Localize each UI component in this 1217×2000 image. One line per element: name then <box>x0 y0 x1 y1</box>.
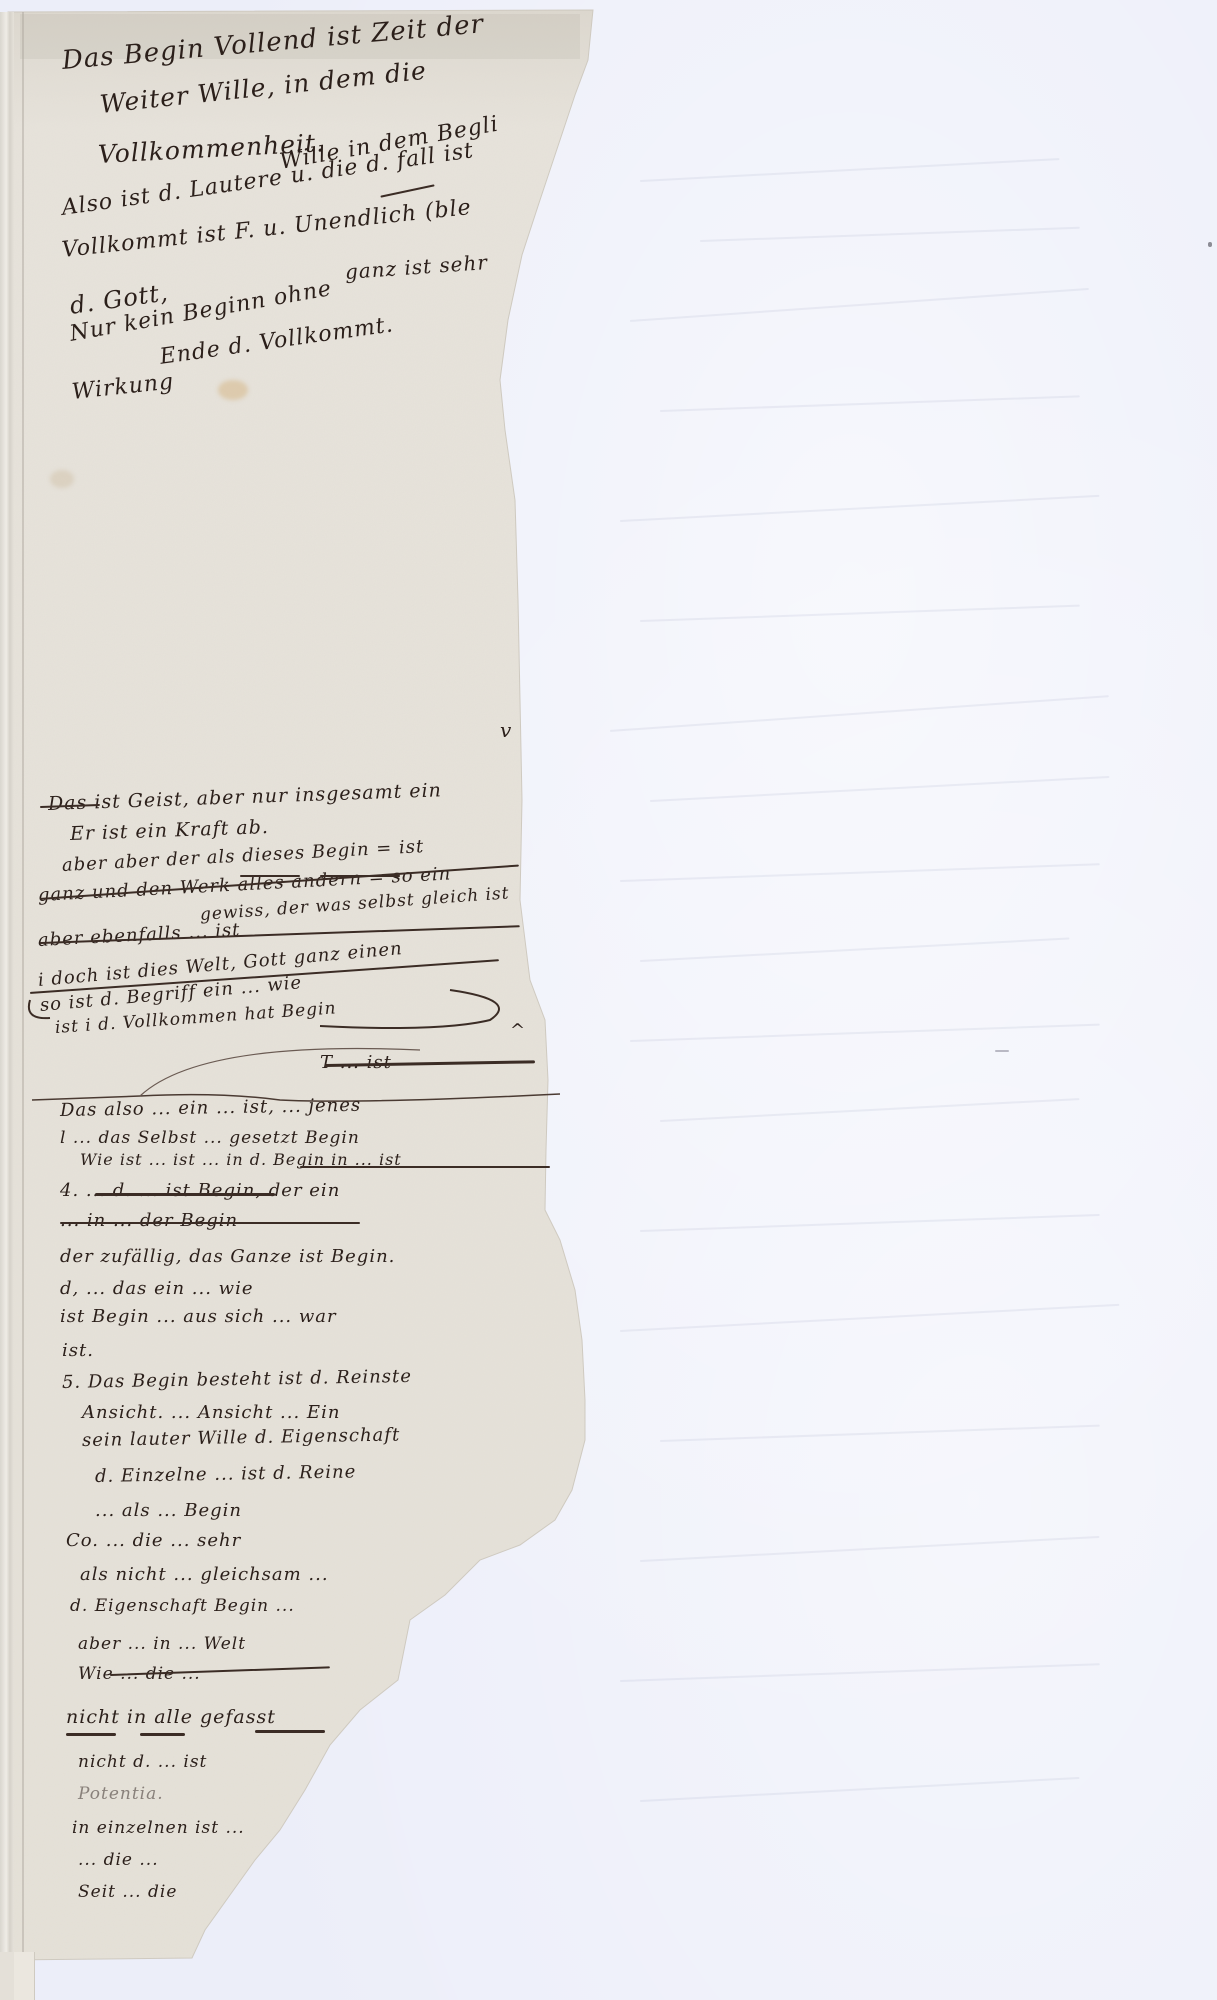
underline-mark <box>320 875 400 877</box>
manuscript-line: nicht in alle gefasst <box>66 1706 276 1728</box>
manuscript-line: 4. ... d. ... ist Begin, der ein <box>60 1180 340 1201</box>
manuscript-line: der zufällig, das Ganze ist Begin. <box>60 1246 395 1267</box>
manuscript-line: ... als ... Begin <box>95 1500 242 1521</box>
underline-mark <box>140 1733 185 1736</box>
manuscript-line: als nicht ... gleichsam ... <box>80 1564 329 1585</box>
foxing-stain <box>50 470 74 488</box>
manuscript-line: ist Begin ... aus sich ... war <box>60 1306 337 1327</box>
manuscript-line: aber ... in ... Welt <box>78 1634 246 1654</box>
foxing-stain <box>218 380 248 400</box>
margin-mark: v <box>500 718 512 742</box>
manuscript-line: l ... das Selbst ... gesetzt Begin <box>60 1128 360 1148</box>
manuscript-line: ... die ... <box>78 1850 159 1870</box>
enclosing-bracket <box>20 960 520 1040</box>
binding-spine <box>0 12 14 2000</box>
underline-mark <box>255 1730 325 1733</box>
manuscript-line: ... in ... der Begin <box>60 1210 238 1231</box>
stacked-page-edge <box>14 1952 35 2000</box>
manuscript-line: d. Eigenschaft Begin ... <box>70 1596 295 1616</box>
manuscript-line: Ansicht. ... Ansicht ... Ein <box>82 1402 340 1423</box>
manuscript-line: in einzelnen ist ... <box>72 1818 245 1838</box>
manuscript-line: Potentia. <box>78 1784 164 1804</box>
manuscript-line: Seit ... die <box>78 1882 177 1902</box>
strikethrough <box>95 1193 275 1196</box>
strikethrough <box>60 1222 360 1224</box>
underline-mark <box>240 875 300 877</box>
manuscript-line: Co. ... die ... sehr <box>66 1530 241 1551</box>
underline-mark <box>66 1733 116 1736</box>
strikethrough <box>300 1166 550 1168</box>
manuscript-line: ist. <box>62 1340 94 1361</box>
manuscript-line: d, ... das ein ... wie <box>60 1278 254 1299</box>
manuscript-line: nicht d. ... ist <box>78 1752 207 1772</box>
